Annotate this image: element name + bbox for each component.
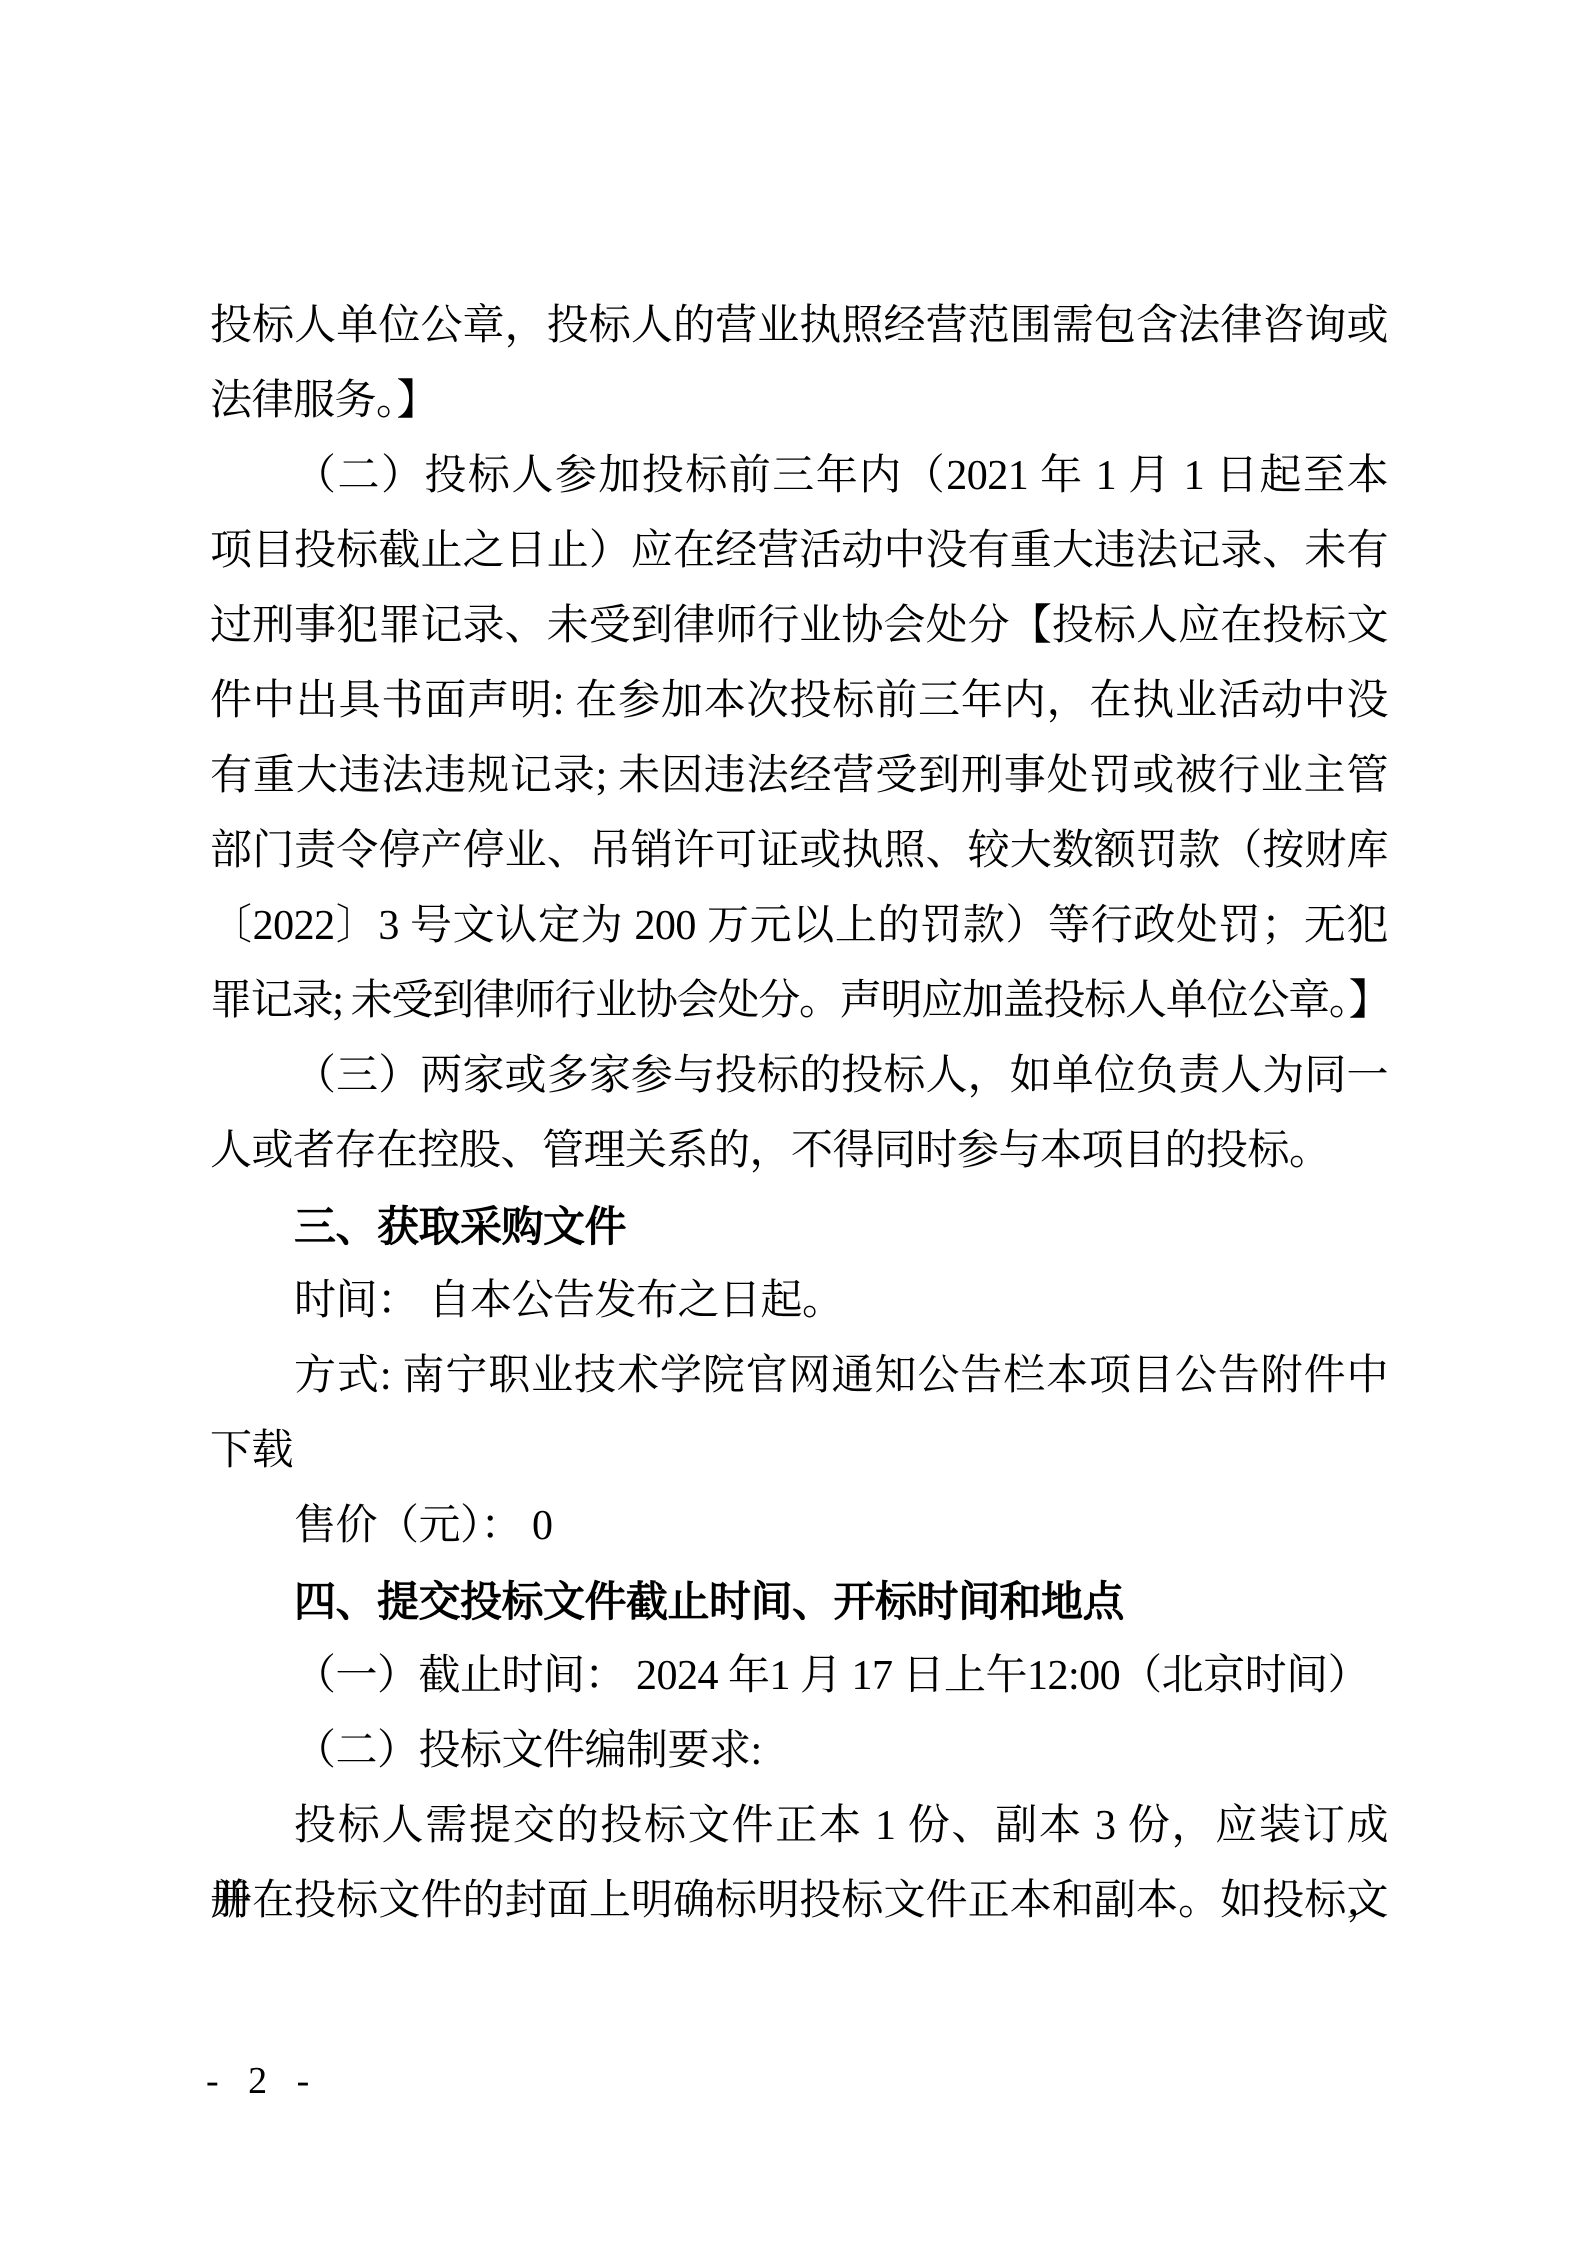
body-line: 投标人需提交的投标文件正本 1 份、副本 3 份，应装订成册， (210, 1789, 1388, 1864)
body-line: 法律服务。】 (210, 364, 1388, 439)
body-line: 投标人单位公章，投标人的营业执照经营范围需包含法律咨询或 (210, 289, 1388, 364)
body-line: 有重大违法违规记录; 未因违法经营受到刑事处罚或被行业主管 (210, 739, 1388, 814)
body-line: 部门责令停产停业、吊销许可证或执照、较大数额罚款（按财库 (210, 814, 1388, 889)
body-line: （二）投标人参加投标前三年内（2021 年 1 月 1 日起至本 (210, 439, 1388, 514)
body-line: 过刑事犯罪记录、未受到律师行业协会处分【投标人应在投标文 (210, 589, 1388, 664)
body-line: 方式: 南宁职业技术学院官网通知公告栏本项目公告附件中 (210, 1339, 1388, 1414)
body-line: 件中出具书面声明: 在参加本次投标前三年内，在执业活动中没 (210, 664, 1388, 739)
section-heading-4: 四、提交投标文件截止时间、开标时间和地点 (210, 1564, 1388, 1639)
body-line: 下载 (210, 1414, 1388, 1489)
section-heading-3: 三、获取采购文件 (210, 1189, 1388, 1264)
body-line: 项目投标截止之日止）应在经营活动中没有重大违法记录、未有 (210, 514, 1388, 589)
body-line: 罪记录; 未受到律师行业协会处分。声明应加盖投标人单位公章。】 (210, 964, 1388, 1039)
body-line: （三）两家或多家参与投标的投标人，如单位负责人为同一 (210, 1039, 1388, 1114)
page-number: - 2 - (206, 2058, 319, 2104)
body-line: 时间： 自本公告发布之日起。 (210, 1264, 1388, 1339)
body-line: 〔2022〕3 号文认定为 200 万元以上的罚款）等行政处罚；无犯 (210, 889, 1388, 964)
document-page: 投标人单位公章，投标人的营业执照经营范围需包含法律咨询或 法律服务。】 （二）投… (0, 0, 1587, 2245)
body-line: （一）截止时间： 2024 年1 月 17 日上午12:00（北京时间） (210, 1639, 1388, 1714)
body-line: （二）投标文件编制要求: (210, 1714, 1388, 1789)
body-line: 售价（元）： 0 (210, 1489, 1388, 1564)
text-block: 投标人单位公章，投标人的营业执照经营范围需包含法律咨询或 法律服务。】 （二）投… (210, 289, 1388, 1939)
body-line: 人或者存在控股、管理关系的，不得同时参与本项目的投标。 (210, 1114, 1388, 1189)
body-line: 并在投标文件的封面上明确标明投标文件正本和副本。如投标文 (210, 1864, 1388, 1939)
